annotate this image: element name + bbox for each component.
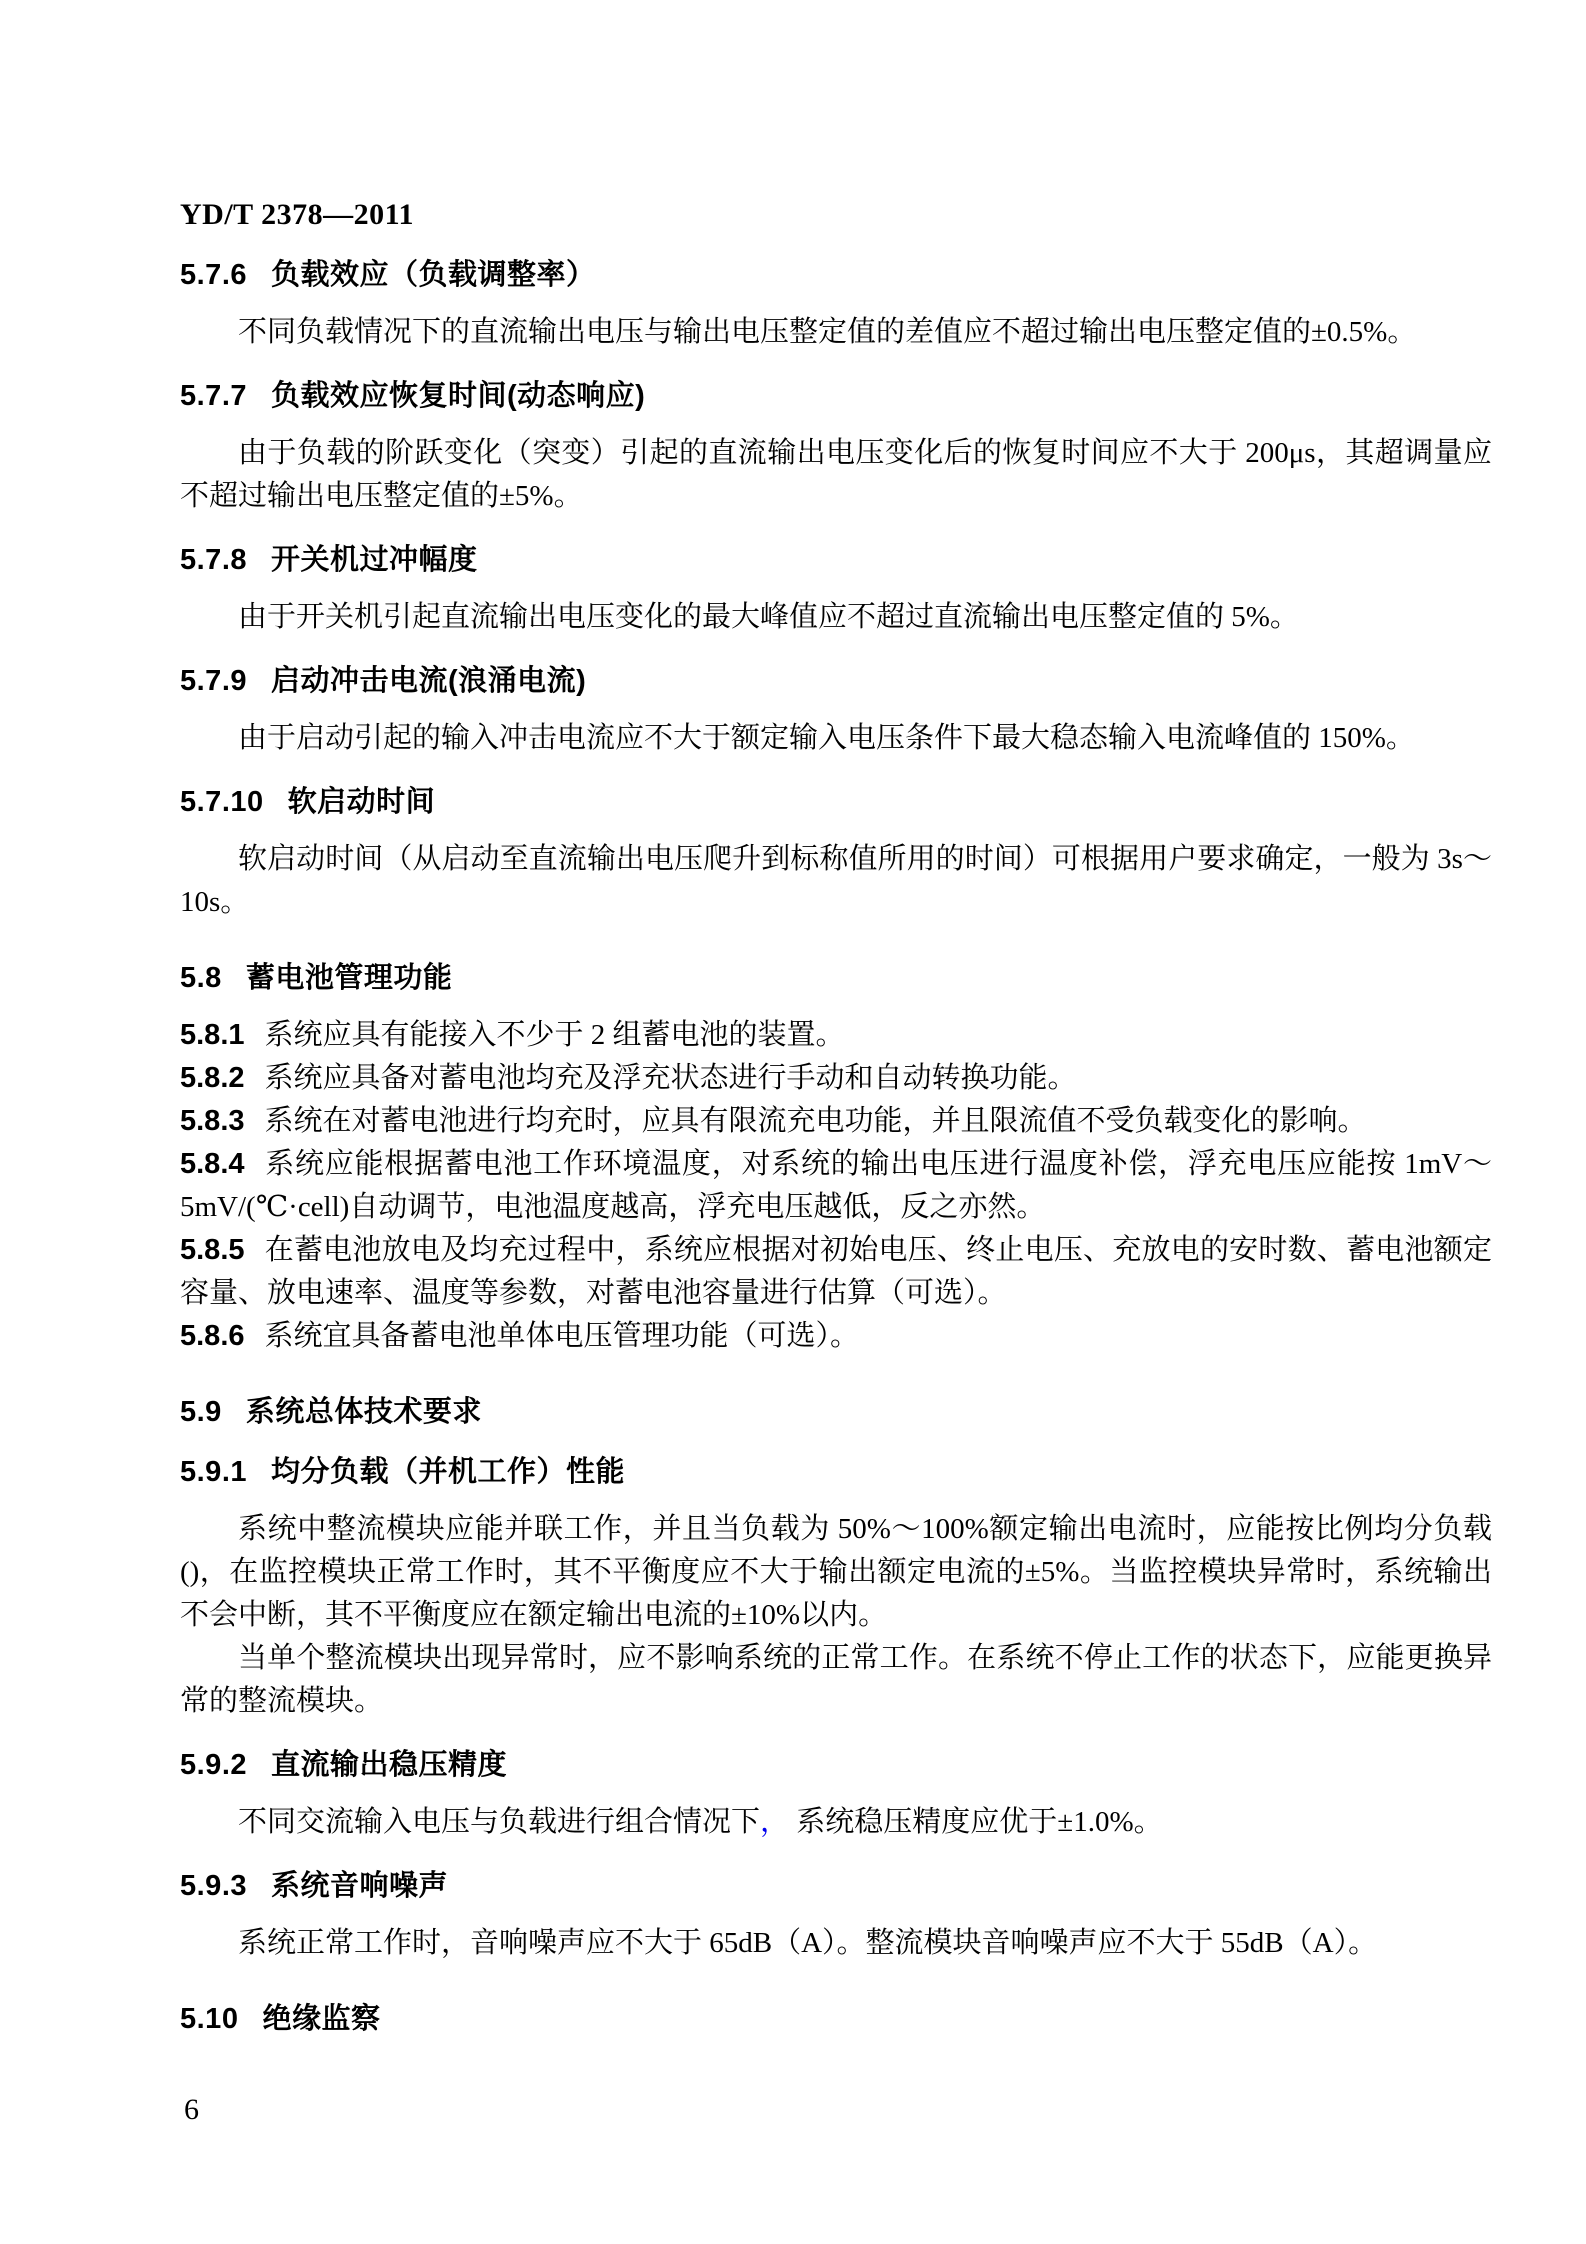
heading-number: 5.9.1	[180, 1456, 247, 1488]
clause-heading: 5.7.7负载效应恢复时间(动态响应)	[180, 378, 1492, 414]
standard-number-header: YD/T 2378—2011	[180, 197, 1490, 233]
document-body: 5.7.6负载效应（负载调整率）不同负载情况下的直流输出电压与输出电压整定值的差…	[180, 257, 1492, 2037]
heading-title: 开关机过冲幅度	[271, 544, 478, 576]
heading-number: 5.7.6	[180, 259, 247, 291]
heading-title: 软启动时间	[288, 786, 436, 818]
heading-number: 5.8	[180, 962, 222, 994]
paragraph: 由于启动引起的输入冲击电流应不大于额定输入电压条件下最大稳态输入电流峰值的 15…	[180, 717, 1492, 760]
paragraph: 软启动时间（从启动至直流输出电压爬升到标称值所用的时间）可根据用户要求确定，一般…	[180, 838, 1492, 924]
paragraph: 由于负载的阶跃变化（突变）引起的直流输出电压变化后的恢复时间应不大于 200μs…	[180, 432, 1492, 518]
clause-text: 系统应具有能接入不少于 2 组蓄电池的装置。	[265, 1019, 845, 1051]
heading-title: 负载效应恢复时间(动态响应)	[271, 380, 645, 412]
heading-number: 5.7.9	[180, 665, 247, 697]
page-number: 6	[184, 2092, 199, 2128]
paragraph-text: 系统稳压精度应优于±1.0%。	[789, 1806, 1163, 1838]
clause-number: 5.8.6	[180, 1320, 245, 1352]
paragraph-text: 不同交流输入电压与负载进行组合情况下	[238, 1806, 760, 1838]
clause-number: 5.8.3	[180, 1105, 245, 1137]
paragraph: 不同负载情况下的直流输出电压与输出电压整定值的差值应不超过输出电压整定值的±0.…	[180, 311, 1492, 354]
heading-title: 蓄电池管理功能	[246, 962, 453, 994]
numbered-clause: 5.8.3系统在对蓄电池进行均充时，应具有限流充电功能，并且限流值不受负载变化的…	[180, 1100, 1492, 1143]
clause-number: 5.8.4	[180, 1148, 245, 1180]
clause-number: 5.8.5	[180, 1234, 245, 1266]
clause-heading: 5.7.8开关机过冲幅度	[180, 542, 1492, 578]
paragraph: 系统中整流模块应能并联工作，并且当负载为 50%～100%额定输出电流时，应能按…	[180, 1508, 1492, 1637]
heading-number: 5.7.7	[180, 380, 247, 412]
numbered-clause: 5.8.6系统宜具备蓄电池单体电压管理功能（可选）。	[180, 1315, 1492, 1358]
section-heading: 5.8蓄电池管理功能	[180, 960, 1492, 996]
clause-text: 系统应能根据蓄电池工作环境温度，对系统的输出电压进行温度补偿，浮充电压应能按 1…	[180, 1148, 1492, 1223]
clause-heading: 5.9.1均分负载（并机工作）性能	[180, 1454, 1492, 1490]
heading-title: 直流输出稳压精度	[271, 1749, 507, 1781]
heading-number: 5.7.8	[180, 544, 247, 576]
accent-punctuation: ，	[760, 1806, 789, 1838]
clause-heading: 5.9.3系统音响噪声	[180, 1868, 1492, 1904]
numbered-clause: 5.8.2系统应具备对蓄电池均充及浮充状态进行手动和自动转换功能。	[180, 1057, 1492, 1100]
paragraph: 由于开关机引起直流输出电压变化的最大峰值应不超过直流输出电压整定值的 5%。	[180, 596, 1492, 639]
clause-heading: 5.9.2直流输出稳压精度	[180, 1747, 1492, 1783]
clause-text: 系统宜具备蓄电池单体电压管理功能（可选）。	[265, 1320, 860, 1352]
heading-title: 绝缘监察	[262, 2003, 380, 2035]
clause-text: 系统应具备对蓄电池均充及浮充状态进行手动和自动转换功能。	[265, 1062, 1077, 1094]
numbered-clause: 5.8.4系统应能根据蓄电池工作环境温度，对系统的输出电压进行温度补偿，浮充电压…	[180, 1143, 1492, 1229]
clause-heading: 5.7.9启动冲击电流(浪涌电流)	[180, 663, 1492, 699]
heading-number: 5.9.3	[180, 1870, 247, 1902]
clause-number: 5.8.2	[180, 1062, 245, 1094]
heading-number: 5.9.2	[180, 1749, 247, 1781]
paragraph: 系统正常工作时，音响噪声应不大于 65dB（A）。整流模块音响噪声应不大于 55…	[180, 1922, 1492, 1965]
clause-number: 5.8.1	[180, 1019, 245, 1051]
heading-title: 启动冲击电流(浪涌电流)	[271, 665, 586, 697]
section-heading: 5.10绝缘监察	[180, 2001, 1492, 2037]
heading-number: 5.9	[180, 1396, 222, 1428]
clause-heading: 5.7.6负载效应（负载调整率）	[180, 257, 1492, 293]
heading-title: 系统总体技术要求	[246, 1396, 482, 1428]
clause-text: 系统在对蓄电池进行均充时，应具有限流充电功能，并且限流值不受负载变化的影响。	[265, 1105, 1367, 1137]
heading-number: 5.7.10	[180, 786, 264, 818]
heading-title: 负载效应（负载调整率）	[271, 259, 596, 291]
numbered-clause: 5.8.1系统应具有能接入不少于 2 组蓄电池的装置。	[180, 1014, 1492, 1057]
heading-title: 系统音响噪声	[271, 1870, 448, 1902]
clause-text: 在蓄电池放电及均充过程中，系统应根据对初始电压、终止电压、充放电的安时数、蓄电池…	[180, 1234, 1492, 1309]
heading-title: 均分负载（并机工作）性能	[271, 1456, 625, 1488]
paragraph: 当单个整流模块出现异常时，应不影响系统的正常工作。在系统不停止工作的状态下，应能…	[180, 1637, 1492, 1723]
heading-number: 5.10	[180, 2003, 238, 2035]
document-page: YD/T 2378—2011 5.7.6负载效应（负载调整率）不同负载情况下的直…	[0, 0, 1586, 2244]
paragraph: 不同交流输入电压与负载进行组合情况下， 系统稳压精度应优于±1.0%。	[180, 1801, 1492, 1844]
numbered-clause: 5.8.5在蓄电池放电及均充过程中，系统应根据对初始电压、终止电压、充放电的安时…	[180, 1229, 1492, 1315]
section-heading: 5.9系统总体技术要求	[180, 1394, 1492, 1430]
clause-heading: 5.7.10软启动时间	[180, 784, 1492, 820]
